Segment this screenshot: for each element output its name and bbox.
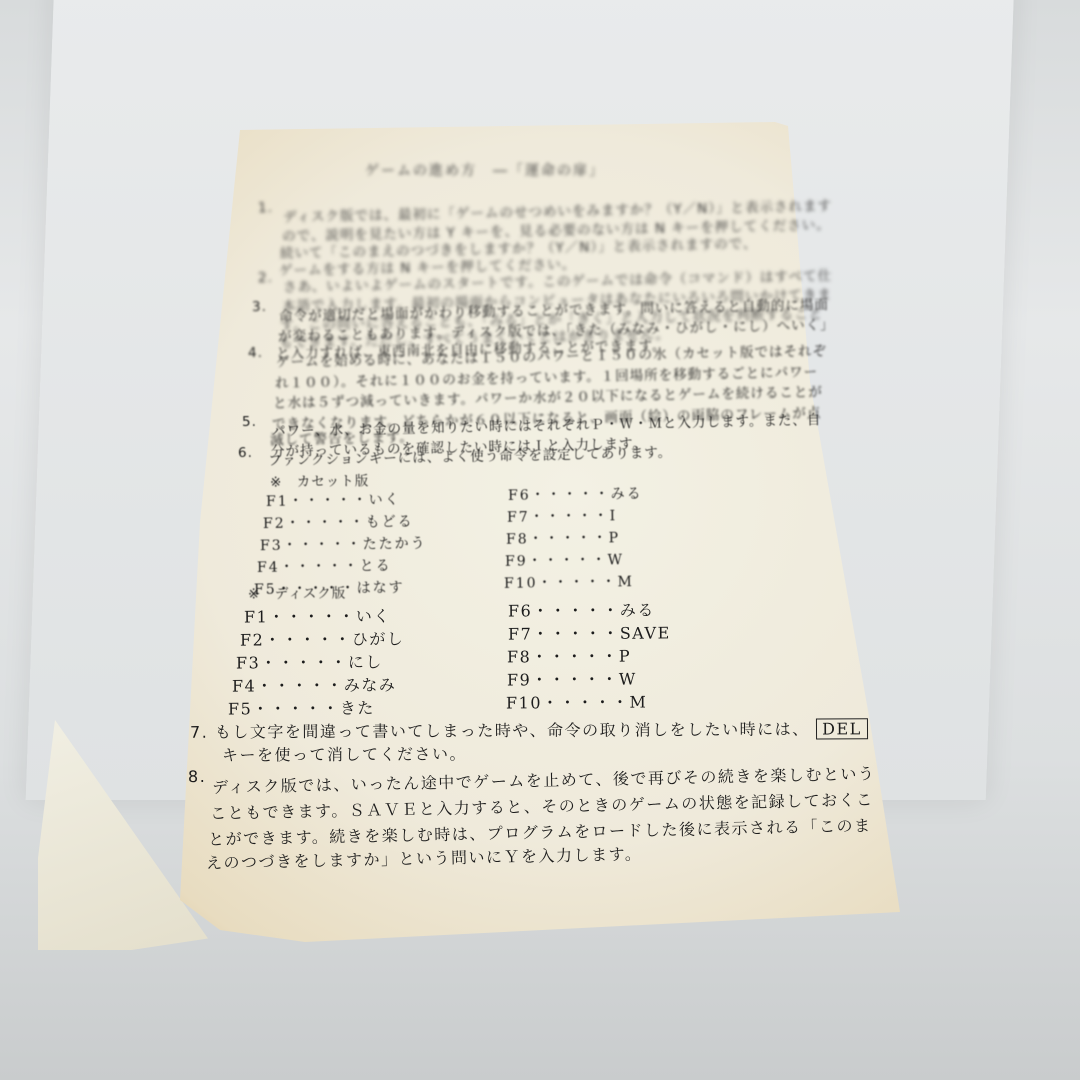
cassette-fkey-f2: F2・・・・・もどる [263, 511, 414, 533]
item-number: 5. [242, 414, 257, 430]
disk-fkey-f9: F9・・・・・W [506, 667, 636, 691]
disk-fkey-f4: F4・・・・・みなみ [232, 672, 396, 696]
item-number: 4. [248, 345, 263, 361]
disk-fkey-f5: F5・・・・・きた [228, 695, 375, 719]
disk-fkey-f2: F2・・・・・ひがし [240, 626, 404, 650]
cassette-fkey-f7: F7・・・・・I [507, 505, 617, 527]
disk-fkey-f8: F8・・・・・P [507, 644, 631, 668]
del-key-label: DEL [816, 718, 868, 739]
item-7-line1: 7. もし文字を間違って書いてしまった時や、命令の取り消しをしたい時には、 DE… [190, 716, 868, 743]
disk-fkey-f10: F10・・・・・M [506, 690, 648, 714]
disk-fkey-f6: F6・・・・・みる [508, 597, 655, 621]
cassette-fkey-f3: F3・・・・・たたかう [260, 533, 427, 555]
disk-fkey-f7: F7・・・・・SAVE [507, 620, 670, 644]
item-number: 2. [258, 270, 273, 286]
cassette-fkey-f8: F8・・・・・P [506, 527, 620, 549]
document-title: ゲームの進め方 ―「運命の扉」 [365, 160, 605, 180]
disk-fkey-f3: F3・・・・・にし [236, 649, 383, 673]
cassette-fkey-f1: F1・・・・・いく [266, 489, 401, 511]
disk-heading: ※ ディスク版 [248, 582, 346, 603]
cassette-fkey-f4: F4・・・・・とる [257, 555, 392, 577]
item-7-line2: キーを使って消してください。 [222, 741, 467, 765]
cassette-fkey-f10: F10・・・・・M [504, 571, 634, 593]
cassette-fkey-f9: F9・・・・・W [505, 549, 624, 571]
item-number: 1. [258, 200, 273, 216]
item-number: 8. [188, 767, 206, 786]
cassette-heading: ※ カセット版 [270, 469, 370, 490]
cassette-fkey-f6: F6・・・・・みる [508, 483, 643, 505]
item-number: 3. [252, 299, 267, 315]
item-number: 6. [238, 445, 253, 461]
disk-fkey-f1: F1・・・・・いく [244, 603, 391, 627]
